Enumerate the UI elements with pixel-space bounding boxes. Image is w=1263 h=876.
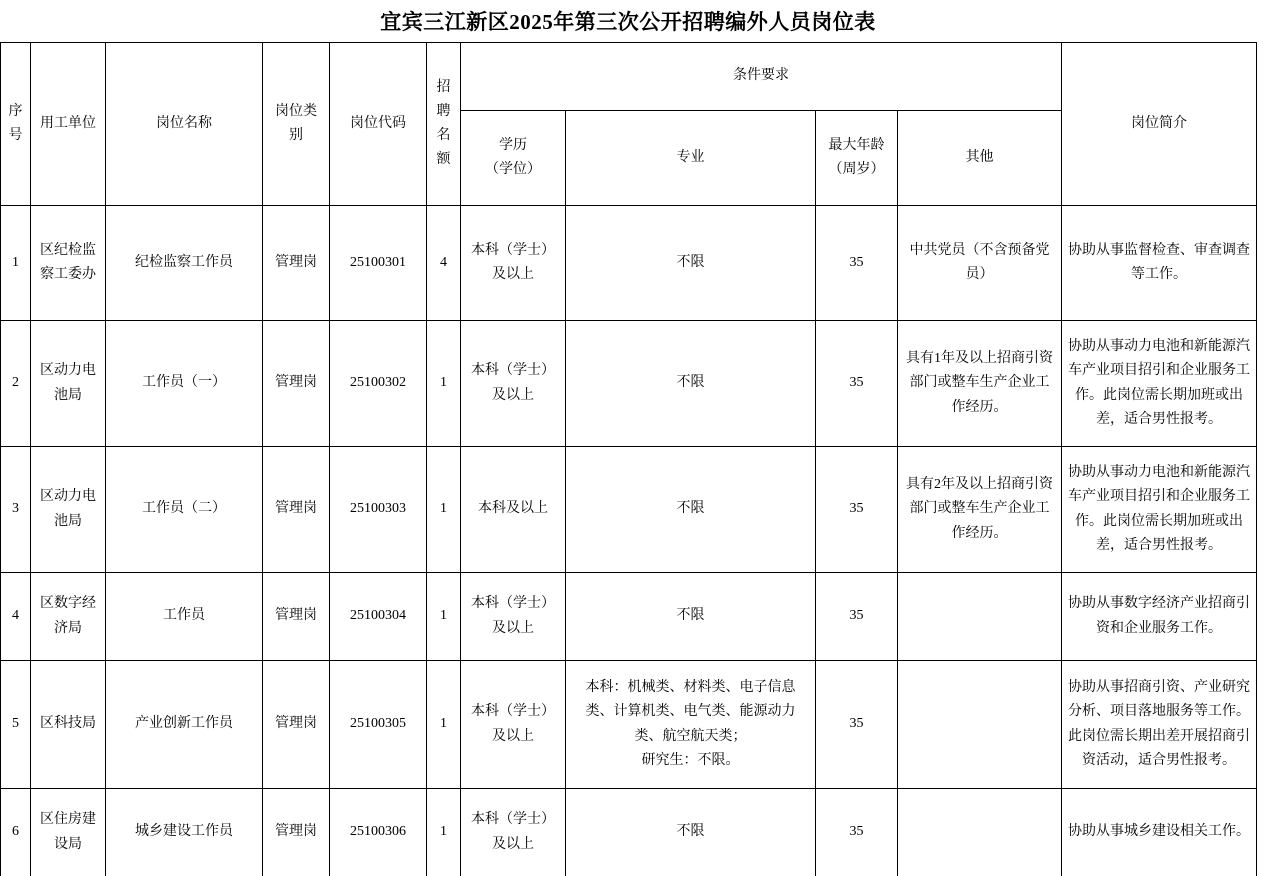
cell-position-code: 25100306 [330, 789, 427, 876]
cell-position-name: 产业创新工作员 [106, 661, 263, 789]
cell-quota: 1 [427, 321, 461, 447]
header-quota: 招聘名额 [427, 43, 461, 206]
cell-intro: 协助从事动力电池和新能源汽车产业项目招引和企业服务工作。此岗位需长期加班或出差，… [1062, 447, 1257, 573]
cell-major: 不限 [566, 573, 816, 661]
cell-employer: 区动力电池局 [31, 321, 106, 447]
cell-position-type: 管理岗 [263, 789, 330, 876]
cell-position-code: 25100301 [330, 206, 427, 321]
cell-education: 本科（学士）及以上 [461, 789, 566, 876]
table-row-2: 2 区动力电池局 工作员（一） 管理岗 25100302 1 本科（学士）及以上… [1, 321, 1257, 447]
cell-major: 不限 [566, 321, 816, 447]
cell-seq: 2 [1, 321, 31, 447]
header-intro: 岗位简介 [1062, 43, 1257, 206]
cell-education: 本科（学士）及以上 [461, 661, 566, 789]
cell-seq: 4 [1, 573, 31, 661]
cell-intro: 协助从事招商引资、产业研究分析、项目落地服务等工作。此岗位需长期出差开展招商引资… [1062, 661, 1257, 789]
cell-major: 不限 [566, 206, 816, 321]
cell-position-type: 管理岗 [263, 661, 330, 789]
header-employer: 用工单位 [31, 43, 106, 206]
cell-education: 本科（学士）及以上 [461, 321, 566, 447]
cell-other [898, 789, 1062, 876]
cell-employer: 区动力电池局 [31, 447, 106, 573]
cell-major: 本科：机械类、材料类、电子信息类、计算机类、电气类、能源动力类、航空航天类； 研… [566, 661, 816, 789]
cell-quota: 1 [427, 447, 461, 573]
cell-position-name: 工作员（一） [106, 321, 263, 447]
cell-position-code: 25100303 [330, 447, 427, 573]
cell-position-name: 工作员 [106, 573, 263, 661]
cell-quota: 4 [427, 206, 461, 321]
page-title: 宜宾三江新区2025年第三次公开招聘编外人员岗位表 [0, 0, 1256, 42]
header-education: 学历 （学位） [461, 111, 566, 206]
cell-position-type: 管理岗 [263, 206, 330, 321]
header-major: 专业 [566, 111, 816, 206]
cell-position-code: 25100302 [330, 321, 427, 447]
cell-employer: 区纪检监察工委办 [31, 206, 106, 321]
cell-position-code: 25100304 [330, 573, 427, 661]
cell-intro: 协助从事动力电池和新能源汽车产业项目招引和企业服务工作。此岗位需长期加班或出差，… [1062, 321, 1257, 447]
cell-max-age: 35 [816, 573, 898, 661]
cell-other [898, 573, 1062, 661]
cell-quota: 1 [427, 661, 461, 789]
cell-education: 本科（学士）及以上 [461, 573, 566, 661]
cell-max-age: 35 [816, 321, 898, 447]
cell-employer: 区科技局 [31, 661, 106, 789]
cell-other: 具有2年及以上招商引资部门或整车生产企业工作经历。 [898, 447, 1062, 573]
positions-table: 序号 用工单位 岗位名称 岗位类别 岗位代码 招聘名额 条件要求 岗位简介 学历… [0, 42, 1257, 876]
cell-position-name: 工作员（二） [106, 447, 263, 573]
cell-other [898, 661, 1062, 789]
cell-education: 本科及以上 [461, 447, 566, 573]
cell-position-code: 25100305 [330, 661, 427, 789]
cell-max-age: 35 [816, 789, 898, 876]
cell-quota: 1 [427, 789, 461, 876]
header-requirements: 条件要求 [461, 43, 1062, 111]
cell-other: 具有1年及以上招商引资部门或整车生产企业工作经历。 [898, 321, 1062, 447]
cell-employer: 区数字经济局 [31, 573, 106, 661]
cell-employer: 区住房建设局 [31, 789, 106, 876]
table-row-4: 4 区数字经济局 工作员 管理岗 25100304 1 本科（学士）及以上 不限… [1, 573, 1257, 661]
cell-other: 中共党员（不含预备党员） [898, 206, 1062, 321]
header-other: 其他 [898, 111, 1062, 206]
table-row-6: 6 区住房建设局 城乡建设工作员 管理岗 25100306 1 本科（学士）及以… [1, 789, 1257, 876]
cell-education: 本科（学士）及以上 [461, 206, 566, 321]
cell-major: 不限 [566, 447, 816, 573]
table-row-5: 5 区科技局 产业创新工作员 管理岗 25100305 1 本科（学士）及以上 … [1, 661, 1257, 789]
header-max-age: 最大年龄 （周岁） [816, 111, 898, 206]
table-row-3: 3 区动力电池局 工作员（二） 管理岗 25100303 1 本科及以上 不限 … [1, 447, 1257, 573]
cell-intro: 协助从事数字经济产业招商引资和企业服务工作。 [1062, 573, 1257, 661]
cell-position-name: 城乡建设工作员 [106, 789, 263, 876]
cell-max-age: 35 [816, 206, 898, 321]
cell-seq: 5 [1, 661, 31, 789]
header-position-type: 岗位类别 [263, 43, 330, 206]
cell-seq: 6 [1, 789, 31, 876]
table-row-1: 1 区纪检监察工委办 纪检监察工作员 管理岗 25100301 4 本科（学士）… [1, 206, 1257, 321]
cell-intro: 协助从事城乡建设相关工作。 [1062, 789, 1257, 876]
cell-max-age: 35 [816, 447, 898, 573]
cell-major: 不限 [566, 789, 816, 876]
cell-max-age: 35 [816, 661, 898, 789]
header-row-1: 序号 用工单位 岗位名称 岗位类别 岗位代码 招聘名额 条件要求 岗位简介 [1, 43, 1257, 111]
cell-position-type: 管理岗 [263, 573, 330, 661]
cell-quota: 1 [427, 573, 461, 661]
header-position-name: 岗位名称 [106, 43, 263, 206]
document-page: 宜宾三江新区2025年第三次公开招聘编外人员岗位表 序号 用工单位 岗位名称 岗… [0, 0, 1263, 876]
cell-position-type: 管理岗 [263, 321, 330, 447]
cell-position-name: 纪检监察工作员 [106, 206, 263, 321]
cell-seq: 1 [1, 206, 31, 321]
cell-position-type: 管理岗 [263, 447, 330, 573]
header-seq: 序号 [1, 43, 31, 206]
cell-seq: 3 [1, 447, 31, 573]
cell-intro: 协助从事监督检查、审查调查等工作。 [1062, 206, 1257, 321]
header-position-code: 岗位代码 [330, 43, 427, 206]
